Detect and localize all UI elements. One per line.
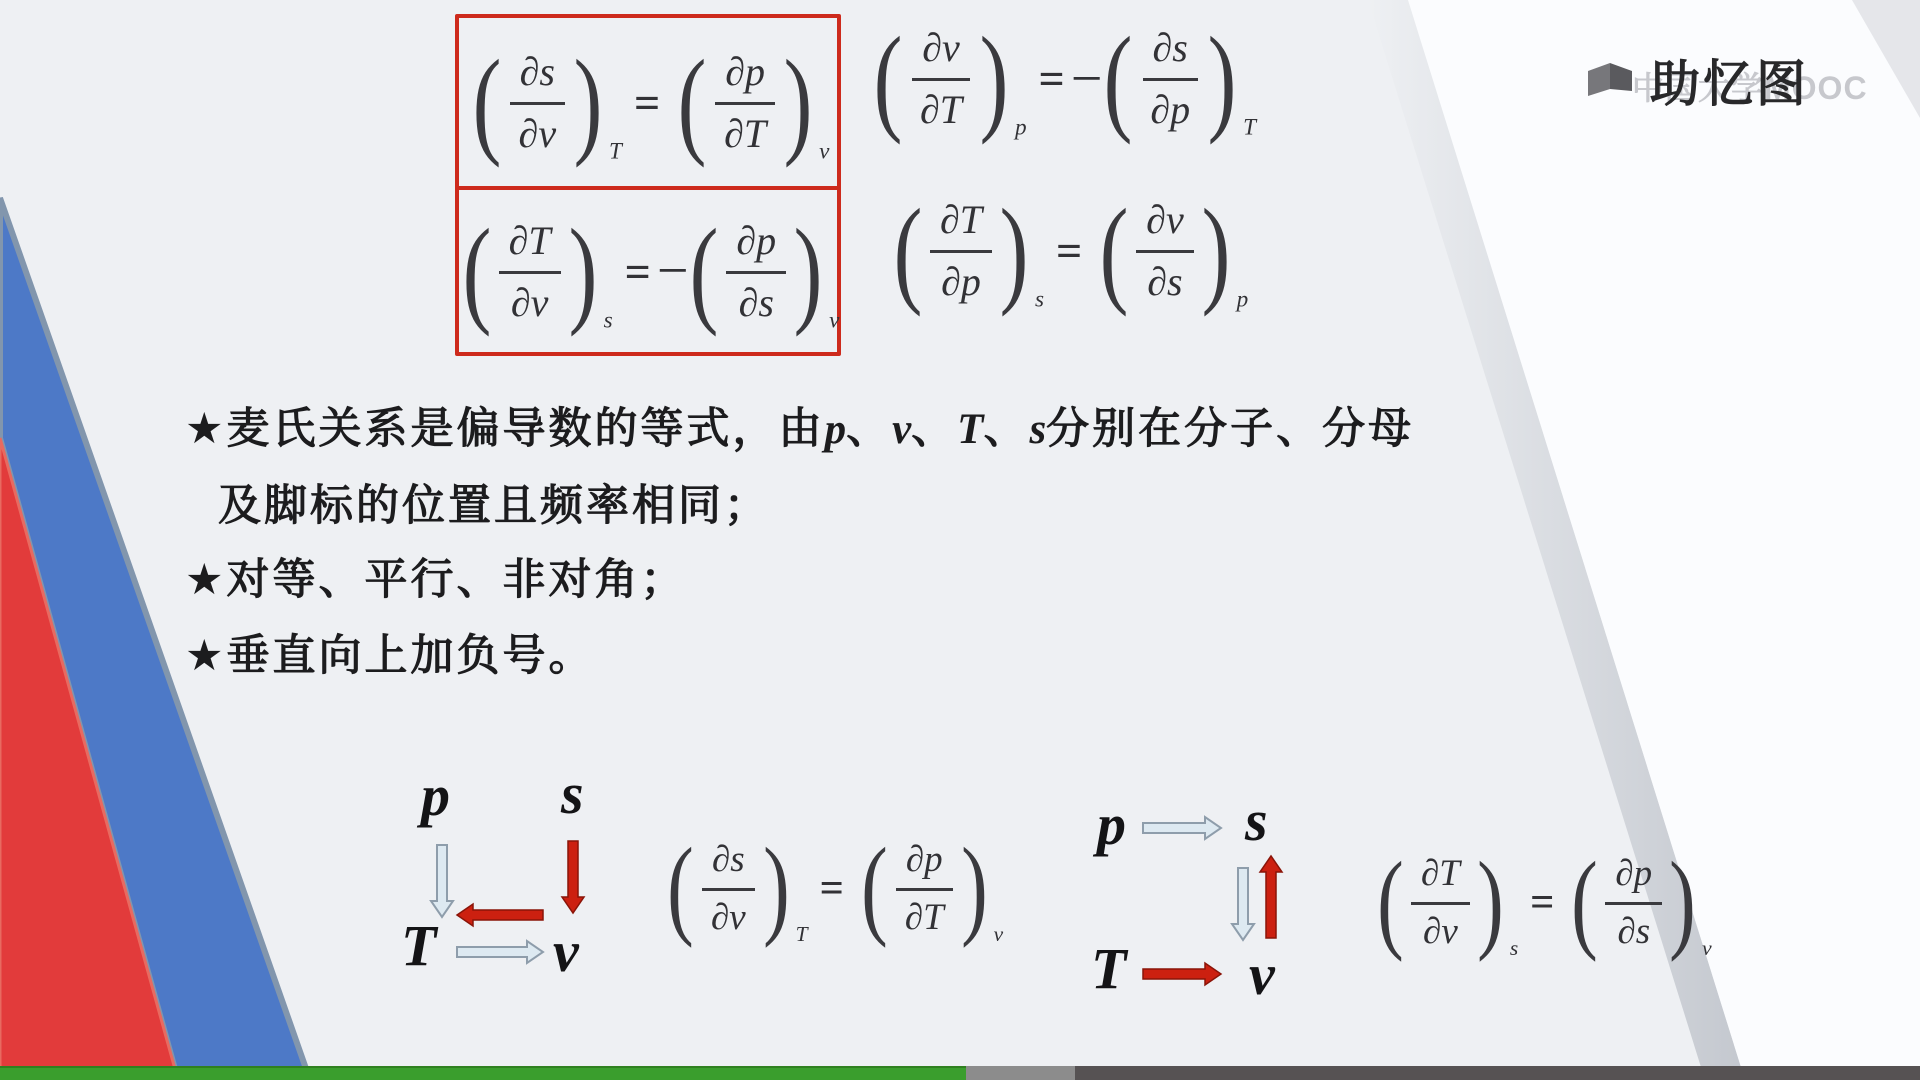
- fraction-denominator: ∂s: [1137, 253, 1192, 305]
- partial-derivative-term: (∂v∂s)p: [1094, 196, 1248, 305]
- left-paren: (: [1100, 200, 1129, 302]
- held-constant-subscript: s: [1510, 936, 1518, 961]
- arrow-T-to-v-icon: [1143, 963, 1221, 985]
- right-paren: ): [784, 51, 813, 153]
- maxwell-relation-4: (∂T∂p)s=(∂v∂s)p: [888, 196, 1248, 305]
- held-constant-subscript: s: [604, 307, 613, 334]
- lecture-slide: 中国大学MOOC 助忆图 (∂s∂v)T=(∂p∂T)v (∂T∂v)s=−(∂…: [0, 0, 1920, 1080]
- arrow-v-to-T-icon: [457, 904, 543, 926]
- highlight-box-2: (∂T∂v)s=−(∂p∂s)v: [455, 186, 841, 356]
- fraction-denominator: ∂T: [895, 891, 954, 939]
- fraction: ∂p∂s: [1605, 852, 1662, 953]
- text-segment: ★垂直向上加负号。: [185, 632, 595, 680]
- mnemonic-formula-left: (∂s∂v)T=(∂p∂T)v: [662, 838, 1003, 939]
- equals-sign: =: [1056, 224, 1082, 277]
- held-constant-subscript: v: [994, 922, 1004, 947]
- fraction-numerator: ∂T: [1411, 852, 1470, 905]
- fraction-numerator: ∂T: [499, 217, 561, 274]
- fraction: ∂p∂T: [714, 48, 776, 157]
- mnemonic-diagram-left: p s T v: [395, 765, 605, 990]
- right-paren: ): [1208, 28, 1237, 130]
- mnemonic-formula-right: (∂T∂v)s=(∂p∂s)v: [1372, 852, 1712, 953]
- left-paren: (: [690, 220, 719, 322]
- note-line-1: ★麦氏关系是偏导数的等式，由p、v、T、s分别在分子、分母: [185, 395, 1414, 456]
- partial-derivative-term: (∂p∂T)v: [672, 48, 829, 157]
- partial-derivative-term: (∂s∂p)T: [1098, 24, 1256, 133]
- right-paren: ): [1000, 200, 1029, 302]
- arrow-v-to-s-icon: [1260, 856, 1282, 938]
- fraction: ∂v∂s: [1136, 196, 1194, 305]
- held-constant-subscript: s: [1035, 287, 1044, 314]
- fraction-denominator: ∂v: [701, 891, 756, 939]
- text-segment: ★麦氏关系是偏导数的等式，由: [185, 405, 825, 453]
- progress-buffered-segment[interactable]: [966, 1066, 1075, 1080]
- fraction: ∂s∂v: [701, 838, 756, 939]
- held-constant-subscript: T: [609, 138, 622, 165]
- fraction: ∂T∂v: [1411, 852, 1470, 953]
- partial-derivative-term: (∂v∂T)p: [868, 24, 1027, 133]
- mooc-flag-icon: [1586, 60, 1634, 98]
- left-paren: (: [1377, 855, 1404, 949]
- held-constant-subscript: p: [1237, 287, 1249, 314]
- left-paren: (: [462, 220, 491, 322]
- fraction: ∂p∂s: [726, 217, 786, 326]
- fraction: ∂v∂T: [910, 24, 972, 133]
- held-constant-subscript: p: [1015, 115, 1027, 142]
- equals-sign: =: [625, 245, 651, 298]
- right-paren: ): [1477, 855, 1504, 949]
- text-segment: 及脚标的位置且频率相同；: [218, 482, 770, 530]
- partial-derivative-term: (∂T∂p)s: [888, 196, 1044, 305]
- equals-sign: =: [634, 76, 660, 129]
- page-title: 助忆图: [1650, 44, 1809, 116]
- text-segment: 、: [911, 405, 957, 453]
- video-progress-bar[interactable]: [0, 1066, 1920, 1080]
- fraction: ∂T∂p: [930, 196, 992, 305]
- text-segment: 、: [983, 405, 1029, 453]
- left-paren: (: [1104, 28, 1133, 130]
- fraction-denominator: ∂T: [714, 105, 776, 157]
- left-paren: (: [667, 841, 694, 935]
- partial-derivative-term: (∂T∂v)s: [457, 217, 613, 326]
- arrow-s-to-v-icon: [562, 841, 584, 913]
- held-constant-subscript: v: [1702, 936, 1712, 961]
- partial-derivative-term: (∂p∂T)v: [856, 838, 1003, 939]
- fraction-numerator: ∂p: [726, 217, 786, 274]
- arrow-p-to-T-icon: [431, 845, 453, 917]
- partial-derivative-term: (∂s∂v)T: [662, 838, 808, 939]
- fraction: ∂T∂v: [499, 217, 561, 326]
- right-paren: ): [961, 841, 988, 935]
- right-paren: ): [980, 28, 1009, 130]
- maxwell-relation-1: (∂s∂v)T=(∂p∂T)v: [467, 48, 830, 157]
- fraction-denominator: ∂p: [931, 253, 991, 305]
- fraction-numerator: ∂T: [930, 196, 992, 253]
- left-paren: (: [472, 51, 501, 153]
- fraction: ∂s∂p: [1140, 24, 1200, 133]
- held-constant-subscript: v: [819, 138, 829, 165]
- maxwell-relation-3: (∂v∂T)p=−(∂s∂p)T: [868, 24, 1256, 133]
- fraction-denominator: ∂p: [1140, 81, 1200, 133]
- note-line-4: ★垂直向上加负号。: [185, 622, 595, 683]
- right-paren: ): [1669, 855, 1696, 949]
- fraction: ∂p∂T: [895, 838, 954, 939]
- text-segment: 、: [846, 405, 892, 453]
- left-paren: (: [861, 841, 888, 935]
- partial-derivative-term: (∂s∂v)T: [467, 48, 622, 157]
- equals-sign: =: [820, 864, 844, 913]
- left-paren: (: [1572, 855, 1599, 949]
- held-constant-subscript: T: [796, 922, 808, 947]
- fraction: ∂s∂v: [509, 48, 567, 157]
- fraction-numerator: ∂v: [1136, 196, 1194, 253]
- text-segment: 分别在分子、分母: [1046, 405, 1414, 453]
- partial-derivative-term: (∂T∂v)s: [1372, 852, 1518, 953]
- maxwell-relation-2: (∂T∂v)s=−(∂p∂s)v: [457, 217, 840, 326]
- held-constant-subscript: v: [829, 307, 839, 334]
- progress-played-segment[interactable]: [0, 1066, 966, 1080]
- right-paren: ): [568, 220, 597, 322]
- highlight-box-1: (∂s∂v)T=(∂p∂T)v: [455, 14, 841, 190]
- fraction-denominator: ∂s: [1607, 905, 1660, 953]
- arrow-T-to-v-icon: [457, 941, 543, 963]
- progress-remaining-segment[interactable]: [1075, 1066, 1920, 1080]
- left-paren: (: [874, 28, 903, 130]
- fraction-numerator: ∂p: [896, 838, 953, 891]
- right-paren: ): [574, 51, 603, 153]
- fraction-denominator: ∂v: [509, 105, 567, 157]
- partial-derivative-term: (∂p∂s)v: [1566, 852, 1711, 953]
- right-paren: ): [794, 220, 823, 322]
- fraction-numerator: ∂s: [702, 838, 755, 891]
- fraction-numerator: ∂v: [912, 24, 970, 81]
- equals-sign: =: [1530, 878, 1554, 927]
- math-variable: T: [957, 406, 983, 453]
- fraction-denominator: ∂s: [729, 274, 784, 326]
- held-constant-subscript: T: [1243, 115, 1256, 142]
- left-paren: (: [894, 200, 923, 302]
- mnemonic-diagram-right: p s T v: [1085, 790, 1300, 1010]
- fraction-numerator: ∂p: [715, 48, 775, 105]
- right-paren: ): [1201, 200, 1230, 302]
- arrow-s-to-v-icon: [1232, 868, 1254, 940]
- note-line-2: 及脚标的位置且频率相同；: [218, 472, 770, 533]
- text-segment: ★对等、平行、非对角；: [185, 556, 687, 604]
- fraction-denominator: ∂T: [910, 81, 972, 133]
- partial-derivative-term: (∂p∂s)v: [684, 217, 839, 326]
- fraction-denominator: ∂v: [501, 274, 559, 326]
- note-line-3: ★对等、平行、非对角；: [185, 546, 687, 607]
- fraction-numerator: ∂p: [1605, 852, 1662, 905]
- math-variable: p: [825, 406, 847, 453]
- equals-sign: =: [1039, 52, 1065, 105]
- fraction-numerator: ∂s: [510, 48, 565, 105]
- arrow-p-to-s-icon: [1143, 817, 1221, 839]
- math-variable: s: [1029, 406, 1046, 453]
- right-paren: ): [763, 841, 790, 935]
- math-variable: v: [892, 406, 911, 453]
- fraction-numerator: ∂s: [1143, 24, 1198, 81]
- left-paren: (: [678, 51, 707, 153]
- fraction-denominator: ∂v: [1413, 905, 1468, 953]
